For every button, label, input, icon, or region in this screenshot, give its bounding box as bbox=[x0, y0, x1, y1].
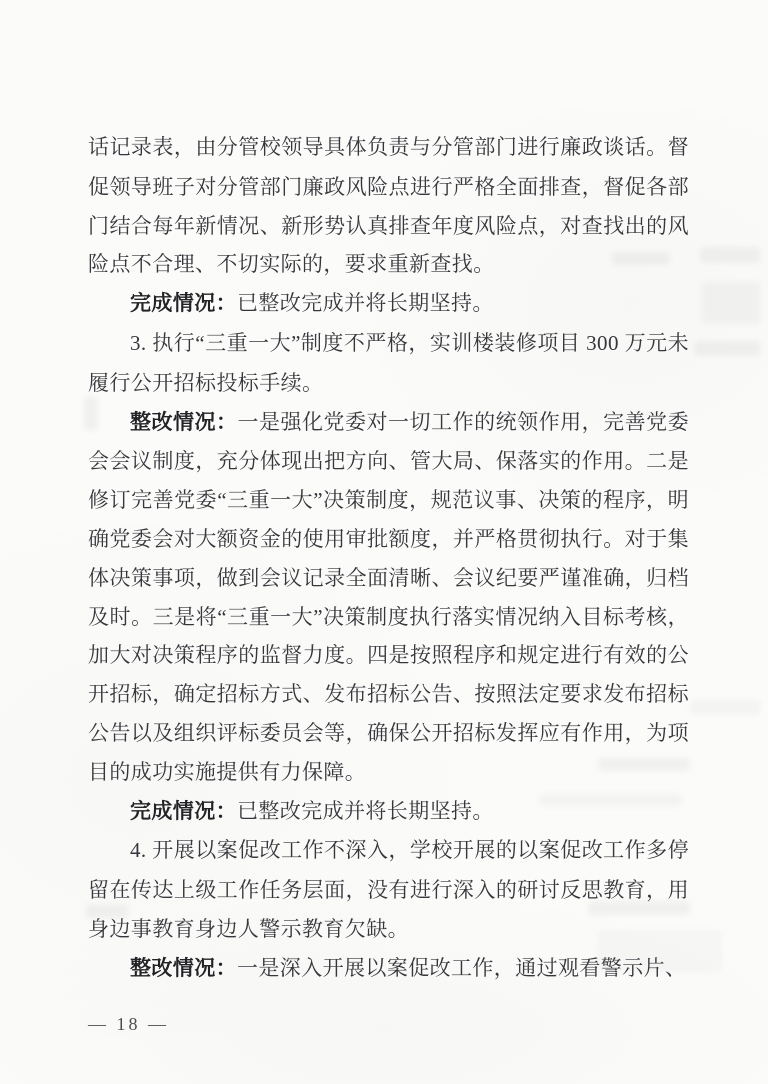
scanned-document-page: 话记录表，由分管校领导具体负责与分管部门进行廉政谈话。督促领导班子对分管部门廉政… bbox=[0, 0, 768, 1084]
bold-label-rectification-status: 整改情况： bbox=[130, 411, 238, 434]
paragraph: 话记录表，由分管校领导具体负责与分管部门进行廉政谈话。督促领导班子对分管部门廉政… bbox=[88, 128, 689, 284]
bold-label-completion-status: 完成情况： bbox=[130, 292, 237, 315]
bleedthrough-artifact bbox=[690, 700, 760, 714]
paragraph: 3. 执行“三重一大”制度不严格，实训楼装修项目 300 万元未履行公开招标投标… bbox=[88, 324, 689, 403]
document-body: 话记录表，由分管校领导具体负责与分管部门进行廉政谈话。督促领导班子对分管部门廉政… bbox=[88, 128, 689, 989]
bold-label-completion-status: 完成情况： bbox=[130, 800, 237, 823]
paragraph-text: 一是深入开展以案促改工作，通过观看警示片、 bbox=[237, 956, 686, 980]
paragraph-text: 已整改完成并将长期坚持。 bbox=[237, 291, 494, 315]
bold-label-rectification-status: 整改情况： bbox=[130, 957, 237, 980]
paragraph-text: 3. 执行“三重一大”制度不严格，实训楼装修项目 300 万元未履行公开招标投标… bbox=[88, 331, 689, 395]
paragraph: 整改情况：一是强化党委对一切工作的统领作用，完善党委会会议制度，充分体现出把方向… bbox=[88, 403, 689, 792]
bleedthrough-artifact bbox=[694, 341, 760, 356]
paragraph-text: 话记录表，由分管校领导具体负责与分管部门进行廉政谈话。督促领导班子对分管部门廉政… bbox=[88, 135, 689, 276]
page-number: — 18 — bbox=[88, 1014, 169, 1035]
paragraph-text: 4. 开展以案促改工作不深入，学校开展的以案促改工作多停留在传达上级工作任务层面… bbox=[88, 838, 689, 941]
paragraph: 4. 开展以案促改工作不深入，学校开展的以案促改工作多停留在传达上级工作任务层面… bbox=[88, 831, 689, 948]
paragraph-text: 一是强化党委对一切工作的统领作用，完善党委会会议制度，充分体现出把方向、管大局、… bbox=[88, 410, 689, 784]
paragraph-text: 已整改完成并将长期坚持。 bbox=[237, 799, 494, 823]
paragraph: 整改情况：一是深入开展以案促改工作，通过观看警示片、 bbox=[88, 949, 689, 989]
bleedthrough-artifact bbox=[700, 247, 760, 263]
bleedthrough-artifact bbox=[702, 282, 760, 324]
paragraph: 完成情况：已整改完成并将长期坚持。 bbox=[88, 792, 689, 832]
paragraph: 完成情况：已整改完成并将长期坚持。 bbox=[88, 284, 689, 324]
